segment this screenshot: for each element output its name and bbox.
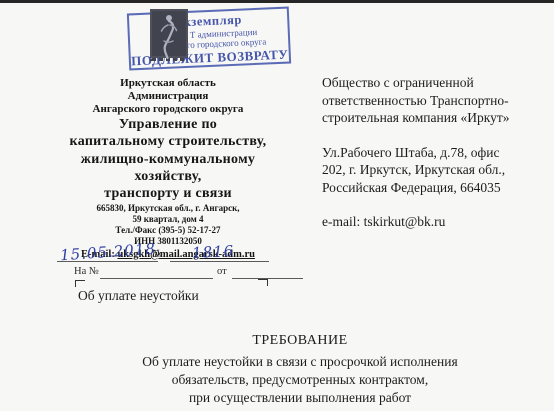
letterhead-dept-line: капитальному строительству, [38,133,298,150]
body-line: Об уплате неустойки в связи с просрочкой… [40,353,554,371]
ot-label: от [217,266,227,277]
recipient-block: Общество с ограниченной ответственностью… [322,74,532,231]
number-sign: № [152,248,163,260]
sender-letterhead: Иркутская область Администрация Ангарско… [38,77,298,260]
letterhead-phone: Тел./Факс (395-5) 52-17-27 [38,225,298,236]
letterhead-dept-line: жилищно-коммунальному [38,151,298,168]
body-line: обязательств, предусмотренных контрактом… [40,371,554,389]
recipient-name-line3: строительная компания «Иркут» [322,109,532,127]
address-corner-mark-right [258,279,268,286]
coat-of-arms-icon [150,9,188,62]
subject-line: Об уплате неустойки [78,288,199,304]
address-corner-mark-left [75,280,85,287]
recipient-email: e-mail: tskirkut@bk.ru [322,213,532,231]
recipient-address: Ул.Рабочего Штаба, д.78, офис 202, г. Ир… [322,144,532,197]
letterhead-address-line2: 59 квартал, дом 4 [38,214,298,225]
number-underline [170,261,269,262]
recipient-name-line1: Общество с ограниченной [322,74,532,92]
letterhead-dept-line: Управление по [38,116,298,133]
handwritten-number: 1816 [192,242,235,262]
letterhead-org-line1: Администрация [38,90,298,103]
letterhead-dept-line: хозяйству, [38,168,298,185]
na-no-label: На № [74,266,99,277]
scanned-letter-page: { "page": { "background": "#f7f7f5", "to… [0,0,554,411]
body-line: при осуществлении выполнения работ [40,389,554,407]
recipient-name: Общество с ограниченной ответственностью… [322,74,532,127]
letterhead-address-line1: 665830, Иркутская обл., г. Ангарск, [38,203,298,214]
letterhead-region: Иркутская область [38,77,298,90]
recipient-address-line3: Российская Федерация, 664035 [322,179,532,197]
na-no-underline [100,278,213,279]
date-underline [57,261,158,262]
document-body: ТРЕБОВАНИЕ Об уплате неустойки в связи с… [40,333,554,406]
scan-top-edge [0,0,554,3]
recipient-address-line2: 202, г. Иркутск, Иркутская обл., [322,161,532,179]
document-title: ТРЕБОВАНИЕ [40,333,554,349]
letterhead-dept-line: транспорту и связи [38,185,298,202]
recipient-address-line1: Ул.Рабочего Штаба, д.78, офис [322,144,532,162]
letterhead-org-line2: Ангарского городского округа [38,103,298,116]
recipient-name-line2: ответственностью Транспортно- [322,92,532,110]
